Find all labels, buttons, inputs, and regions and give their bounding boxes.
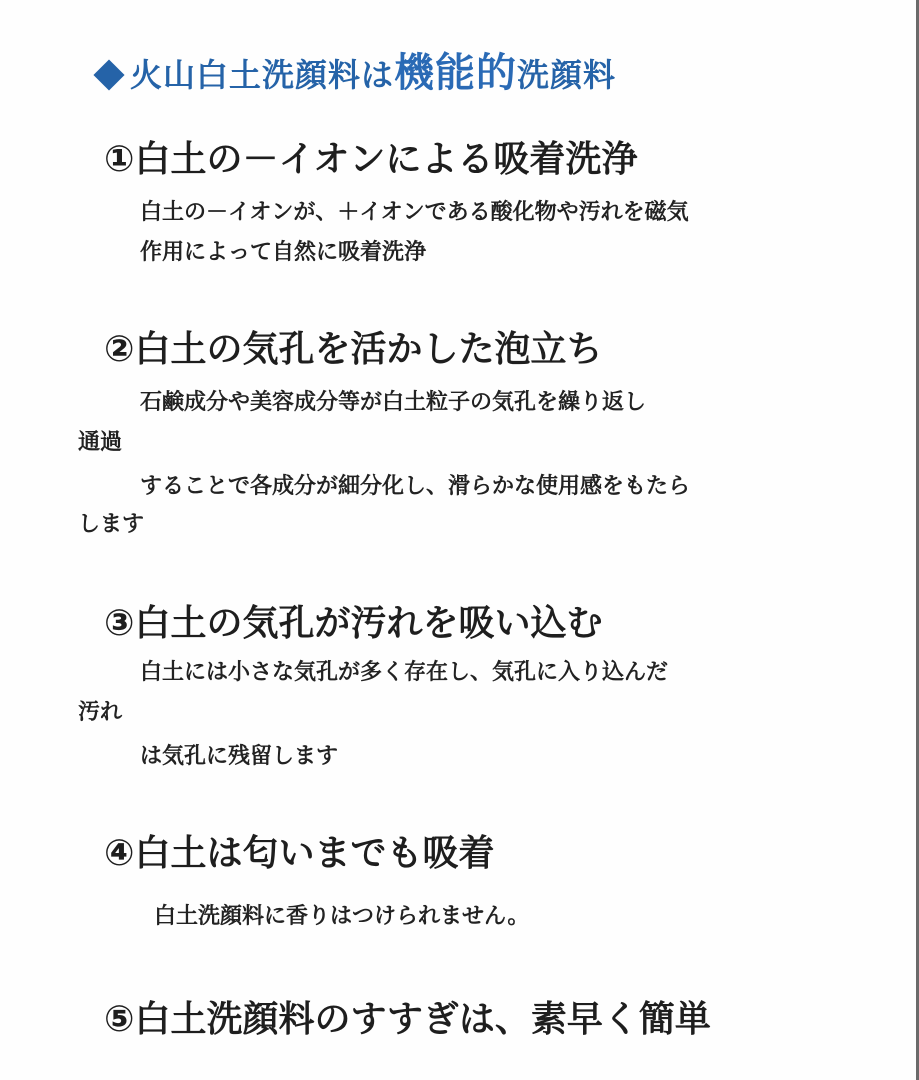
diamond-bullet-icon <box>93 59 124 90</box>
section-3-heading: ③白土の気孔が汚れを吸い込む <box>104 602 602 646</box>
section-5-heading: ⑤白土洗顔料のすすぎは、素早く簡単 <box>104 998 711 1042</box>
section-4-line-1: 白土洗顔料に香りはつけられません。 <box>154 902 529 932</box>
section-4-heading: ④白土は匂いまでも吸着 <box>104 832 494 876</box>
document-title: 火山白土洗顔料は機能的洗顔料 <box>92 50 616 98</box>
section-1-line-2: 作用によって自然に吸着洗浄 <box>140 238 426 268</box>
title-prefix: 火山白土洗顔料は <box>130 56 394 94</box>
section-2-line-4: します <box>78 510 144 540</box>
section-3-line-3: は気孔に残留します <box>140 742 338 772</box>
section-3-line-1: 白土には小さな気孔が多く存在し、気孔に入り込んだ <box>140 658 668 688</box>
title-suffix: 洗顔料 <box>517 56 616 94</box>
section-2-line-2: 通過 <box>78 428 122 458</box>
section-2-line-1: 石鹸成分や美容成分等が白土粒子の気孔を繰り返し <box>140 388 646 418</box>
section-3-line-2: 汚れ <box>78 698 122 728</box>
title-emphasis: 機能的 <box>394 50 517 96</box>
section-1-heading: ①白土の－イオンによる吸着洗浄 <box>104 138 637 182</box>
document-page: 火山白土洗顔料は機能的洗顔料 ①白土の－イオンによる吸着洗浄 白土の－イオンが、… <box>0 0 916 1080</box>
section-2-line-3: することで各成分が細分化し、滑らかな使用感をもたら <box>140 472 690 502</box>
section-2-heading: ②白土の気孔を活かした泡立ち <box>104 328 602 372</box>
section-1-line-1: 白土の－イオンが、＋イオンである酸化物や汚れを磁気 <box>140 198 689 228</box>
